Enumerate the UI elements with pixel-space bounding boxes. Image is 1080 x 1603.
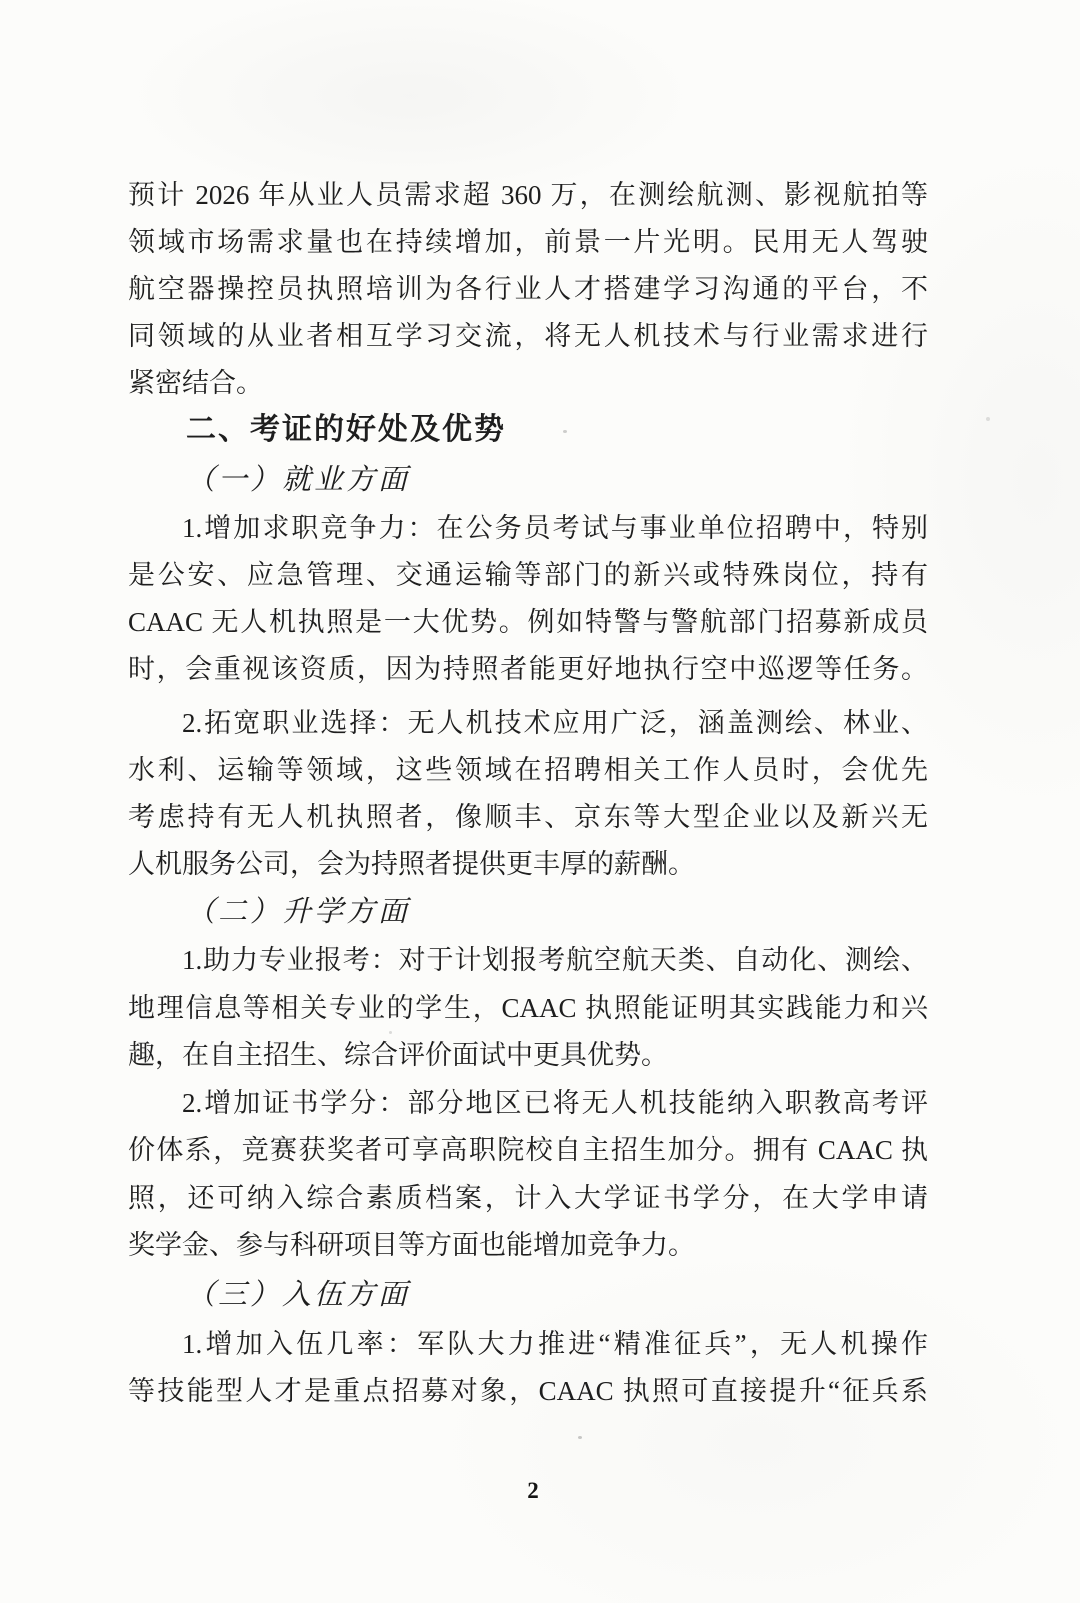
page-number: 2: [0, 1478, 1066, 1504]
text-line: 人机服务公司，会为持照者提供更丰厚的薪酬。: [128, 845, 928, 887]
text-line: 照，还可纳入综合素质档案，计入大学证书学分，在大学申请: [128, 1179, 928, 1221]
text-line: 2.增加证书学分：部分地区已将无人机技能纳入职教高考评: [128, 1084, 928, 1126]
scan-speck: [986, 417, 990, 421]
scan-speck: [389, 1031, 392, 1034]
text-line: 趣，在自主招生、综合评价面试中更具优势。: [128, 1036, 928, 1078]
document-page: 预计 2026 年从业人员需求超 360 万，在测绘航测、影视航拍等 领域市场需…: [0, 0, 1080, 1603]
text-line: 是公安、应急管理、交通运输等部门的新兴或特殊岗位，持有: [128, 556, 928, 598]
text-line: 预计 2026 年从业人员需求超 360 万，在测绘航测、影视航拍等: [128, 176, 928, 218]
text-line: CAAC 无人机执照是一大优势。例如特警与警航部门招募新成员: [128, 603, 928, 645]
scan-speck: [578, 1436, 582, 1439]
text-line: 水利、运输等领域，这些领域在招聘相关工作人员时，会优先: [128, 751, 928, 793]
text-line: 2.拓宽职业选择：无人机技术应用广泛，涵盖测绘、林业、: [128, 704, 928, 746]
text-line: 考虑持有无人机执照者，像顺丰、京东等大型企业以及新兴无: [128, 798, 928, 840]
subheading-education: （二）升学方面: [128, 893, 928, 935]
text-line: 1.助力专业报考：对于计划报考航空航天类、自动化、测绘、: [128, 941, 928, 983]
text-line: 领域市场需求量也在持续增加，前景一片光明。民用无人驾驶: [128, 223, 928, 265]
text-line: 价体系，竞赛获奖者可享高职院校自主招生加分。拥有 CAAC 执: [128, 1131, 928, 1173]
text-line: 时，会重视该资质，因为持照者能更好地执行空中巡逻等任务。: [128, 650, 928, 692]
text-line: 等技能型人才是重点招募对象，CAAC 执照可直接提升“征兵系: [128, 1372, 928, 1414]
subheading-enlistment: （三）入伍方面: [128, 1276, 928, 1318]
text-line: 1.增加求职竞争力：在公务员考试与事业单位招聘中，特别: [128, 509, 928, 551]
text-line: 航空器操控员执照培训为各行业人才搭建学习沟通的平台，不: [128, 270, 928, 312]
text-line: 同领域的从业者相互学习交流，将无人机技术与行业需求进行: [128, 317, 928, 359]
text-line: 1.增加入伍几率：军队大力推进“精准征兵”，无人机操作: [128, 1325, 928, 1367]
text-line: 奖学金、参与科研项目等方面也能增加竞争力。: [128, 1226, 928, 1268]
subheading-employment: （一）就业方面: [128, 461, 928, 503]
text-line: 地理信息等相关专业的学生，CAAC 执照能证明其实践能力和兴: [128, 989, 928, 1031]
heading-benefits: 二、考证的好处及优势: [128, 411, 928, 453]
text-line: 紧密结合。: [128, 364, 928, 406]
